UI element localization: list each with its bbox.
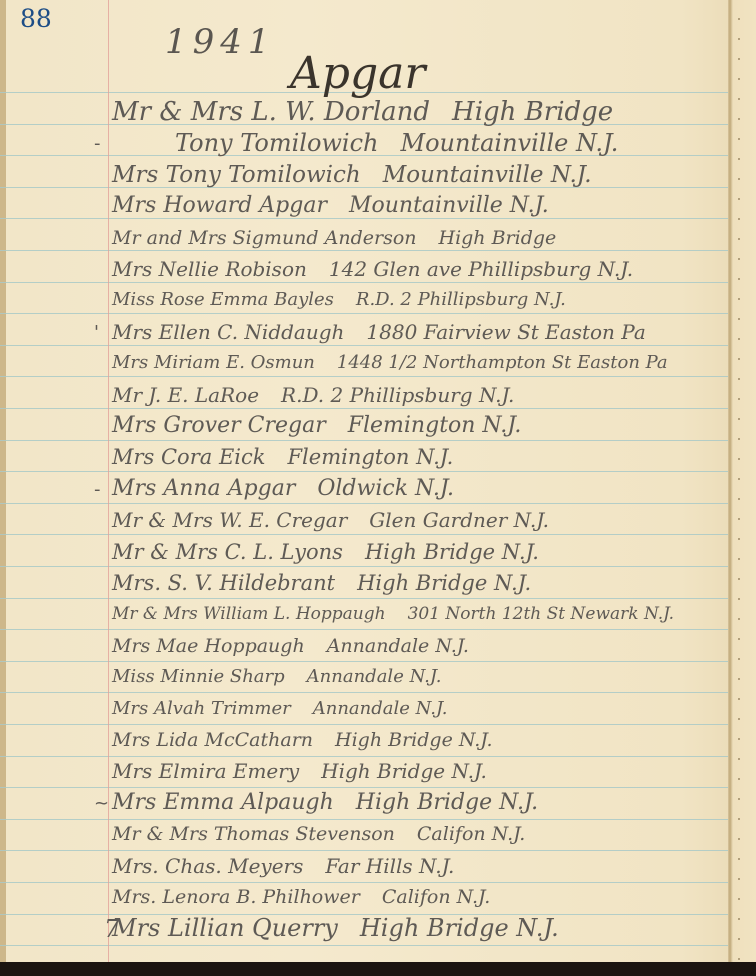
page-heading: Apgar xyxy=(290,48,425,99)
entry-name: Mrs Elmira Emery xyxy=(112,759,299,783)
entry-row: Mrs Elmira EmeryHigh Bridge N.J. xyxy=(112,759,487,783)
entry-name: Miss Rose Emma Bayles xyxy=(112,289,334,310)
entry-name: Mrs Alvah Trimmer xyxy=(112,698,291,719)
entry-address: Far Hills N.J. xyxy=(325,854,454,878)
entry-address: 301 North 12th St Newark N.J. xyxy=(408,604,675,624)
ruled-line xyxy=(0,376,730,377)
entry-row: Mr & Mrs L. W. DorlandHigh Bridge xyxy=(112,100,613,124)
entry-row: Mrs. Lenora B. PhilhowerCalifon N.J. xyxy=(112,885,490,909)
entry-row: Mrs Alvah TrimmerAnnandale N.J. xyxy=(112,697,448,721)
check-mark: - xyxy=(94,133,101,154)
entry-address: High Bridge N.J. xyxy=(335,729,492,751)
entry-address: 1880 Fairview St Easton Pa xyxy=(366,320,645,344)
entry-address: Annandale N.J. xyxy=(307,666,442,687)
page-binding xyxy=(728,0,756,968)
entry-row: Mr & Mrs W. E. CregarGlen Gardner N.J. xyxy=(112,508,549,532)
entry-row: Mrs Grover CregarFlemington N.J. xyxy=(112,414,521,438)
entry-name: Mr & Mrs William L. Hoppaugh xyxy=(112,604,386,624)
entry-address: High Bridge N.J. xyxy=(321,759,487,783)
entry-address: Califon N.J. xyxy=(382,886,490,908)
ruled-line xyxy=(0,440,730,441)
footer-mark: 7 xyxy=(104,915,119,943)
entry-name: Mrs Mae Hoppaugh xyxy=(112,635,305,657)
entry-address: High Bridge N.J. xyxy=(365,540,539,564)
entry-row: Mr and Mrs Sigmund AndersonHigh Bridge xyxy=(112,226,556,250)
page-left-edge xyxy=(0,0,6,968)
entry-name: Mr & Mrs Thomas Stevenson xyxy=(112,823,395,845)
entry-row: Mr & Mrs William L. Hoppaugh301 North 12… xyxy=(112,602,674,626)
entry-address: Mountainville N.J. xyxy=(383,162,592,188)
entry-address: High Bridge N.J. xyxy=(357,571,531,595)
entry-name: Mrs Howard Apgar xyxy=(112,193,327,218)
ruled-line xyxy=(0,724,730,725)
entry-row: Mrs Anna ApgarOldwick N.J. xyxy=(112,477,454,501)
page-number: 88 xyxy=(20,4,52,33)
ledger-page: 88 1941 Apgar Mr & Mrs L. W. DorlandHigh… xyxy=(0,0,756,968)
ruled-line xyxy=(0,187,730,188)
entry-row: Mrs Miriam E. Osmun1448 1/2 Northampton … xyxy=(112,351,668,375)
ruled-line xyxy=(0,250,730,251)
ruled-line xyxy=(0,629,730,630)
ruled-line xyxy=(0,945,730,946)
entry-row: Mrs Howard ApgarMountainville N.J. xyxy=(112,194,549,218)
check-mark: ' xyxy=(94,322,99,343)
entry-name: Mrs. S. V. Hildebrant xyxy=(112,571,335,595)
entry-row: Mrs. Chas. MeyersFar Hills N.J. xyxy=(112,854,454,878)
ruled-line xyxy=(0,408,730,409)
entry-name: Mrs Lillian Querry xyxy=(112,914,338,942)
entry-row: Mrs Lida McCatharnHigh Bridge N.J. xyxy=(112,728,492,752)
entry-row: Miss Rose Emma BaylesR.D. 2 Phillipsburg… xyxy=(112,288,566,312)
ruled-line xyxy=(0,534,730,535)
ruled-line xyxy=(0,566,730,567)
entry-name: Mr J. E. LaRoe xyxy=(112,383,259,407)
entry-address: High Bridge xyxy=(439,227,557,249)
entry-name: Mr & Mrs W. E. Cregar xyxy=(112,508,347,532)
entry-address: Flemington N.J. xyxy=(348,413,522,438)
entry-name: Tony Tomilowich xyxy=(175,129,379,157)
entry-name: Mrs Emma Alpaugh xyxy=(112,790,334,815)
entry-address: Annandale N.J. xyxy=(313,698,448,719)
entry-row: Mrs Mae HoppaughAnnandale N.J. xyxy=(112,634,469,658)
entry-name: Mrs. Lenora B. Philhower xyxy=(112,886,360,908)
entry-name: Mrs Ellen C. Niddaugh xyxy=(112,320,344,344)
year-label: 1941 xyxy=(165,22,276,62)
binding-stitching xyxy=(738,0,740,968)
entry-row: Mr & Mrs Thomas StevensonCalifon N.J. xyxy=(112,822,525,846)
entry-name: Miss Minnie Sharp xyxy=(112,666,285,687)
ruled-line xyxy=(0,503,730,504)
entry-name: Mrs Nellie Robison xyxy=(112,257,307,281)
entry-address: Flemington N.J. xyxy=(287,445,453,469)
entry-row: Mrs Lillian QuerryHigh Bridge N.J. xyxy=(112,916,559,940)
entry-row: Tony TomilowichMountainville N.J. xyxy=(175,131,618,155)
ruled-line xyxy=(0,218,730,219)
entry-address: R.D. 2 Phillipsburg N.J. xyxy=(356,289,566,310)
ruled-line xyxy=(0,282,730,283)
entry-row: Miss Minnie SharpAnnandale N.J. xyxy=(112,665,441,689)
check-mark: ~ xyxy=(94,793,109,814)
entry-row: Mrs. S. V. HildebrantHigh Bridge N.J. xyxy=(112,571,531,595)
entry-address: Mountainville N.J. xyxy=(401,129,619,157)
entry-address: High Bridge xyxy=(452,97,613,127)
ruled-line xyxy=(0,850,730,851)
entry-address: 142 Glen ave Phillipsburg N.J. xyxy=(329,257,633,281)
entry-row: Mr J. E. LaRoeR.D. 2 Phillipsburg N.J. xyxy=(112,383,514,407)
entry-name: Mr & Mrs L. W. Dorland xyxy=(112,97,430,127)
entry-row: Mrs Cora EickFlemington N.J. xyxy=(112,445,453,469)
ruled-line xyxy=(0,345,730,346)
check-mark: - xyxy=(94,479,101,500)
entry-name: Mrs Lida McCatharn xyxy=(112,729,313,751)
entry-row: Mrs Nellie Robison142 Glen ave Phillipsb… xyxy=(112,257,633,281)
entry-address: Glen Gardner N.J. xyxy=(369,508,549,532)
entry-address: High Bridge N.J. xyxy=(356,790,538,815)
entry-address: Oldwick N.J. xyxy=(317,476,454,501)
entry-address: R.D. 2 Phillipsburg N.J. xyxy=(281,383,514,407)
entry-address: High Bridge N.J. xyxy=(360,914,559,942)
margin-line xyxy=(108,0,109,968)
ruled-line xyxy=(0,819,730,820)
scan-edge xyxy=(0,962,756,976)
ruled-line xyxy=(0,756,730,757)
entry-name: Mrs Grover Cregar xyxy=(112,413,326,438)
entry-name: Mr and Mrs Sigmund Anderson xyxy=(112,227,417,249)
entry-row: Mrs Emma AlpaughHigh Bridge N.J. xyxy=(112,791,538,815)
entry-address: Annandale N.J. xyxy=(327,635,469,657)
ruled-line xyxy=(0,787,730,788)
entry-name: Mrs. Chas. Meyers xyxy=(112,854,303,878)
entry-name: Mrs Tony Tomilowich xyxy=(112,162,361,188)
entry-address: Mountainville N.J. xyxy=(349,193,549,218)
entry-name: Mr & Mrs C. L. Lyons xyxy=(112,540,343,564)
ruled-line xyxy=(0,598,730,599)
entry-address: 1448 1/2 Northampton St Easton Pa xyxy=(337,352,668,373)
ruled-line xyxy=(0,692,730,693)
entry-row: Mrs Ellen C. Niddaugh1880 Fairview St Ea… xyxy=(112,320,646,344)
entry-name: Mrs Cora Eick xyxy=(112,445,265,469)
entry-address: Califon N.J. xyxy=(417,823,525,845)
entry-row: Mrs Tony TomilowichMountainville N.J. xyxy=(112,163,592,187)
ruled-line xyxy=(0,313,730,314)
ruled-line xyxy=(0,661,730,662)
entry-row: Mr & Mrs C. L. LyonsHigh Bridge N.J. xyxy=(112,540,539,564)
entry-name: Mrs Miriam E. Osmun xyxy=(112,352,315,373)
entry-name: Mrs Anna Apgar xyxy=(112,476,295,501)
ruled-line xyxy=(0,882,730,883)
ruled-line xyxy=(0,471,730,472)
